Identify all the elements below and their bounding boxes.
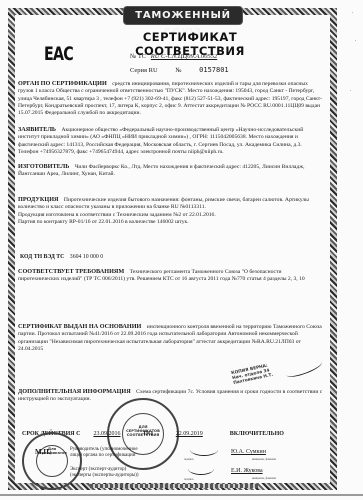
customs-union-banner: ТАМОЖЕННЫЙ СОЮЗ bbox=[123, 6, 243, 25]
additional-info-section: ДОПОЛНИТЕЛЬНАЯ ИНФОРМАЦИЯ Схема сертифик… bbox=[18, 388, 323, 404]
manufacturer-heading: ИЗГОТОВИТЕЛЬ bbox=[18, 163, 69, 170]
head-name-hint: инициалы, фамилия bbox=[252, 458, 276, 461]
head-signatory-name: Ю.А. Сумкин bbox=[231, 449, 266, 455]
manufacturer-section: ИЗГОТОВИТЕЛЬ Чили Фасйерворкс Ко., Лтд. … bbox=[18, 163, 323, 179]
applicant-heading: ЗАЯВИТЕЛЬ bbox=[18, 126, 56, 133]
head-sig-hint: подпись bbox=[184, 458, 194, 461]
requirements-heading: СООТВЕТСТВУЕТ ТРЕБОВАНИЯМ bbox=[18, 268, 124, 275]
expert-name-hint: инициалы, фамилия bbox=[252, 477, 276, 480]
scan-speck bbox=[352, 12, 353, 13]
tn-ved-code: КОД ТН ВЭД ТС 3604 10 000 0 bbox=[20, 254, 103, 260]
number-value: 0157801 bbox=[199, 66, 229, 74]
expert-signatory-label: Эксперт (эксперт-аудитор) (эксперты (экс… bbox=[70, 467, 139, 479]
head-label-line: лицо) органа по сертификации bbox=[70, 453, 138, 459]
product-spec-text: Продукция изготовлена в соответствии с Т… bbox=[18, 212, 216, 218]
applicant-section: ЗАЯВИТЕЛЬ Акционерное общество «Федераль… bbox=[18, 126, 323, 156]
cert-number-value: RU C-CN.ЦЦ09.A.00552 bbox=[151, 53, 231, 60]
certificate-number: № ТС RU C-CN.ЦЦ09.A.00552 bbox=[130, 53, 231, 60]
additional-info-heading: ДОПОЛНИТЕЛЬНАЯ ИНФОРМАЦИЯ bbox=[18, 388, 131, 395]
basis-section: СЕРТИФИКАТ ВЫДАН НА ОСНОВАНИИ инспекцион… bbox=[18, 323, 323, 353]
product-batch-text: Партия по контракту RP-01/16 от 22.01.20… bbox=[18, 219, 189, 225]
expert-signature-icon bbox=[188, 462, 214, 475]
product-text: Пиротехнические изделия бытового назначе… bbox=[18, 197, 309, 210]
tn-ved-heading: КОД ТН ВЭД ТС bbox=[20, 254, 64, 260]
cert-number-label: № ТС bbox=[130, 53, 146, 60]
expert-signatory-name: Е.И. Жукова bbox=[231, 468, 263, 474]
scan-speck bbox=[355, 40, 356, 41]
validity-inclusive: ВКЛЮЧИТЕЛЬНО bbox=[230, 431, 284, 437]
tn-ved-value: 3604 10 000 0 bbox=[70, 254, 103, 260]
certification-body-section: ОРГАН ПО СЕРТИФИКАЦИИ средств инициирова… bbox=[18, 80, 323, 117]
footer-print-strip bbox=[90, 484, 258, 488]
product-heading: ПРОДУКЦИЯ bbox=[18, 196, 59, 203]
head-signature-icon bbox=[190, 443, 218, 456]
basis-heading: СЕРТИФИКАТ ВЫДАН НА ОСНОВАНИИ bbox=[18, 323, 141, 330]
validity-to-label: ПО bbox=[143, 431, 152, 437]
mp-seal-mark: М.П. bbox=[35, 448, 51, 456]
expert-label-line: (эксперты (эксперты-аудиторы)) bbox=[70, 473, 139, 479]
head-signatory-label: Руководитель (уполномоченное лицо) орган… bbox=[70, 447, 138, 459]
page-edge-shadow bbox=[0, 494, 363, 496]
product-section: ПРОДУКЦИЯ Пиротехнические изделия бытово… bbox=[18, 196, 323, 226]
requirements-section: СООТВЕТСТВУЕТ ТРЕБОВАНИЯМ Технического р… bbox=[18, 268, 323, 284]
eac-mark-icon: EAC bbox=[44, 43, 73, 65]
series-number: Серия RU № 0157801 bbox=[130, 66, 229, 74]
applicant-text: Акционерное общество «Федеральный научно… bbox=[18, 127, 303, 155]
certification-body-heading: ОРГАН ПО СЕРТИФИКАЦИИ bbox=[18, 80, 107, 87]
validity-to-date: 22.09.2019 bbox=[164, 431, 214, 437]
series-label: Серия RU bbox=[130, 67, 158, 74]
validity-from-date: 23.09.2016 bbox=[82, 431, 132, 437]
number-label: № bbox=[175, 67, 181, 74]
expert-sig-hint: подпись bbox=[184, 478, 194, 481]
scan-speck bbox=[350, 90, 351, 91]
